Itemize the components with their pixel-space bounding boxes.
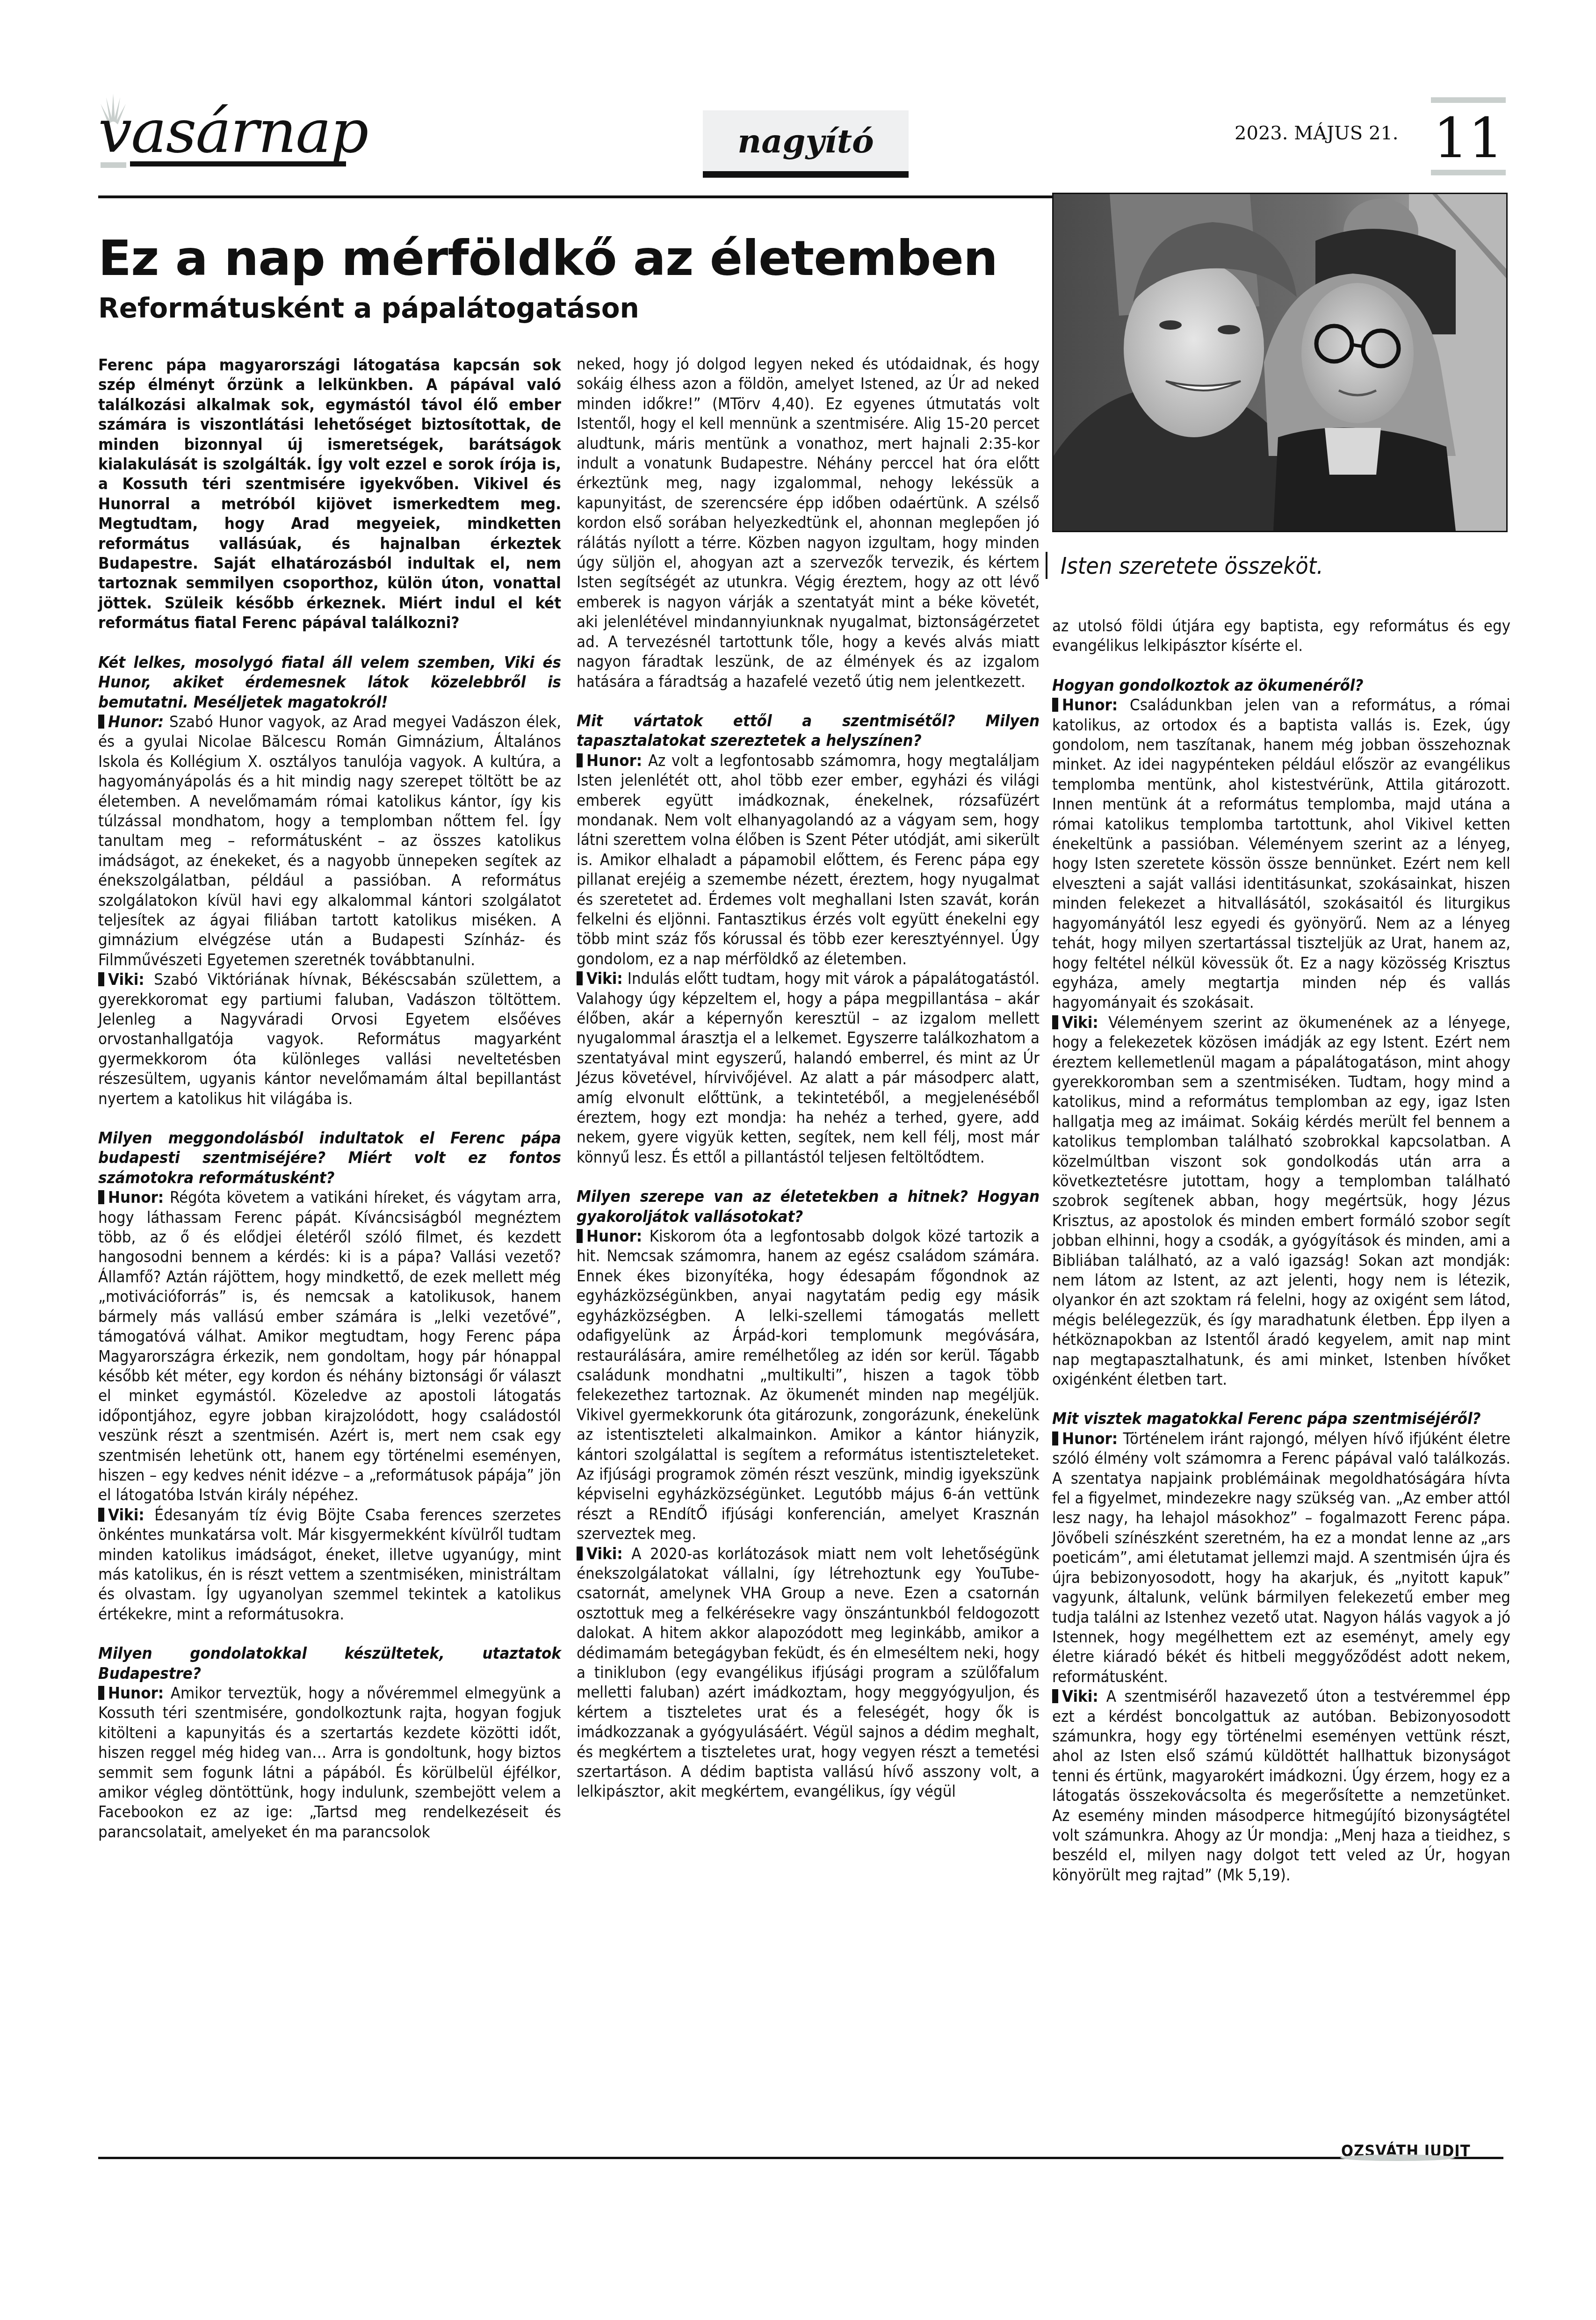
logo-underline-accent [101, 162, 126, 168]
answer-marker-icon [98, 1508, 104, 1522]
answer-marker-icon [1052, 1431, 1058, 1445]
caption-accent-bar [1046, 552, 1047, 579]
answer-text: A szentmiséről hazavezető úton a testvér… [1052, 1687, 1510, 1885]
interview-question: Milyen gondolatokkal készültetek, utazta… [98, 1644, 561, 1684]
answer-marker-icon [1052, 1689, 1058, 1703]
answer-continuation: az utolsó földi útjára egy baptista, egy… [1052, 616, 1510, 656]
footer-rule [98, 2157, 1503, 2159]
interview-answer: Viki: Édesanyám tíz évig Böjte Csaba fer… [98, 1505, 561, 1624]
speaker-name: Hunor: [1062, 696, 1118, 715]
answer-marker-icon [98, 972, 104, 986]
answer-text: Szabó Viktóriának hívnak, Békéscsabán sz… [98, 970, 561, 1108]
interview-answer: Hunor: Családunkban jelen van a reformát… [1052, 695, 1510, 1013]
speaker-name: Viki: [108, 1506, 144, 1525]
photo-selfie-image [1054, 194, 1506, 531]
page-number: 11 [1433, 110, 1503, 166]
speaker-name: Viki: [586, 969, 623, 988]
section-tag: nagyító [703, 110, 909, 178]
answer-text: Szabó Hunor vagyok, az Arad megyei Vadás… [98, 713, 561, 969]
answer-text: Családunkban jelen van a református, a r… [1052, 696, 1510, 1012]
answer-text: Amikor terveztük, hogy a nővéremmel elme… [98, 1684, 561, 1842]
interview-question: Két lelkes, mosolygó fiatal áll velem sz… [98, 653, 561, 712]
speaker-name: Viki: [1062, 1013, 1098, 1032]
interview-answer: Hunor: Régóta követem a vatikáni híreket… [98, 1188, 561, 1505]
issue-date: 2023. MÁJUS 21. [1235, 123, 1399, 144]
answer-text: Indulás előtt tudtam, hogy mit várok a p… [577, 969, 1040, 1167]
answer-text: Kiskorom óta a legfontosabb dolgok közé … [577, 1227, 1040, 1543]
publication-logo[interactable]: vasárnap [98, 102, 368, 162]
speaker-name: Viki: [1062, 1687, 1098, 1706]
page-number-rule-top [1431, 97, 1506, 103]
section-label: nagyító [737, 122, 874, 160]
interview-answer: Viki: Indulás előtt tudtam, hogy mit vár… [577, 969, 1040, 1167]
article-column-3: az utolsó földi útjára egy baptista, egy… [1052, 616, 1510, 1885]
article-lead: Ferenc pápa magyarországi látogatása kap… [98, 355, 561, 633]
interview-question: Hogyan gondolkoztok az ökumenéről? [1052, 676, 1510, 695]
article-column-2: neked, hogy jó dolgod legyen neked és ut… [577, 354, 1040, 1802]
page-number-rule-bottom [1431, 170, 1506, 175]
speaker-name: Hunor: [108, 1684, 164, 1703]
interview-answer: Hunor: Szabó Hunor vagyok, az Arad megye… [98, 712, 561, 970]
article-subheadline: Reformátusként a pápalátogatáson [98, 294, 639, 324]
answer-marker-icon [577, 753, 583, 767]
answer-marker-icon [98, 715, 104, 729]
interview-answer: Hunor: Amikor terveztük, hogy a nővéremm… [98, 1684, 561, 1842]
article-photo [1052, 193, 1508, 532]
article-column-1: Ferenc pápa magyarországi látogatása kap… [98, 355, 561, 1842]
interview-question: Mit vártatok ettől a szentmisétől? Milye… [577, 711, 1040, 751]
answer-marker-icon [1052, 1015, 1058, 1029]
speaker-name: Hunor: [586, 752, 642, 770]
answer-text: Az volt a legfontosabb számomra, hogy me… [577, 752, 1040, 968]
answer-marker-icon [577, 971, 583, 985]
interview-answer: Viki: A szentmiséről hazavezető úton a t… [1052, 1687, 1510, 1885]
speaker-name: Hunor: [1062, 1430, 1118, 1448]
answer-text: Édesanyám tíz évig Böjte Csaba ferences … [98, 1506, 561, 1624]
interview-answer: Viki: Véleményem szerint az ökumenének a… [1052, 1013, 1510, 1390]
speaker-name: Hunor: [108, 1188, 164, 1207]
interview-answer: Hunor: Történelem iránt rajongó, mélyen … [1052, 1429, 1510, 1687]
interview-answer: Hunor: Kiskorom óta a legfontosabb dolgo… [577, 1227, 1040, 1544]
answer-continuation: neked, hogy jó dolgod legyen neked és ut… [577, 354, 1040, 692]
speaker-name: Viki: [586, 1545, 623, 1563]
interview-question: Milyen szerepe van az életetekben a hitn… [577, 1187, 1040, 1227]
answer-marker-icon [1052, 698, 1058, 712]
speaker-name: Hunor: [108, 713, 164, 731]
logo-underline [130, 161, 346, 166]
interview-question: Mit visztek magatokkal Ferenc pápa szent… [1052, 1409, 1510, 1429]
interview-answer: Viki: Szabó Viktóriának hívnak, Békéscsa… [98, 970, 561, 1109]
answer-text: A 2020-as korlátozások miatt nem volt le… [577, 1545, 1040, 1801]
answer-marker-icon [577, 1229, 583, 1243]
answer-text: Történelem iránt rajongó, mélyen hívő if… [1052, 1430, 1510, 1686]
photo-caption: Isten szeretete összeköt. [1061, 553, 1323, 579]
answer-marker-icon [98, 1686, 104, 1700]
interview-answer: Hunor: Az volt a legfontosabb számomra, … [577, 751, 1040, 969]
speaker-name: Hunor: [586, 1227, 642, 1246]
interview-question: Milyen meggondolásból indultatok el Fere… [98, 1128, 561, 1188]
answer-marker-icon [577, 1547, 583, 1561]
speaker-name: Viki: [108, 970, 144, 989]
interview-answer: Viki: A 2020-as korlátozások miatt nem v… [577, 1544, 1040, 1802]
answer-text: Régóta követem a vatikáni híreket, és vá… [98, 1188, 561, 1504]
article-headline: Ez a nap mérföldkő az életemben [98, 231, 997, 285]
answer-text: Véleményem szerint az ökumenének az a lé… [1052, 1013, 1510, 1389]
answer-marker-icon [98, 1190, 104, 1204]
byline-accent [1340, 2154, 1455, 2161]
